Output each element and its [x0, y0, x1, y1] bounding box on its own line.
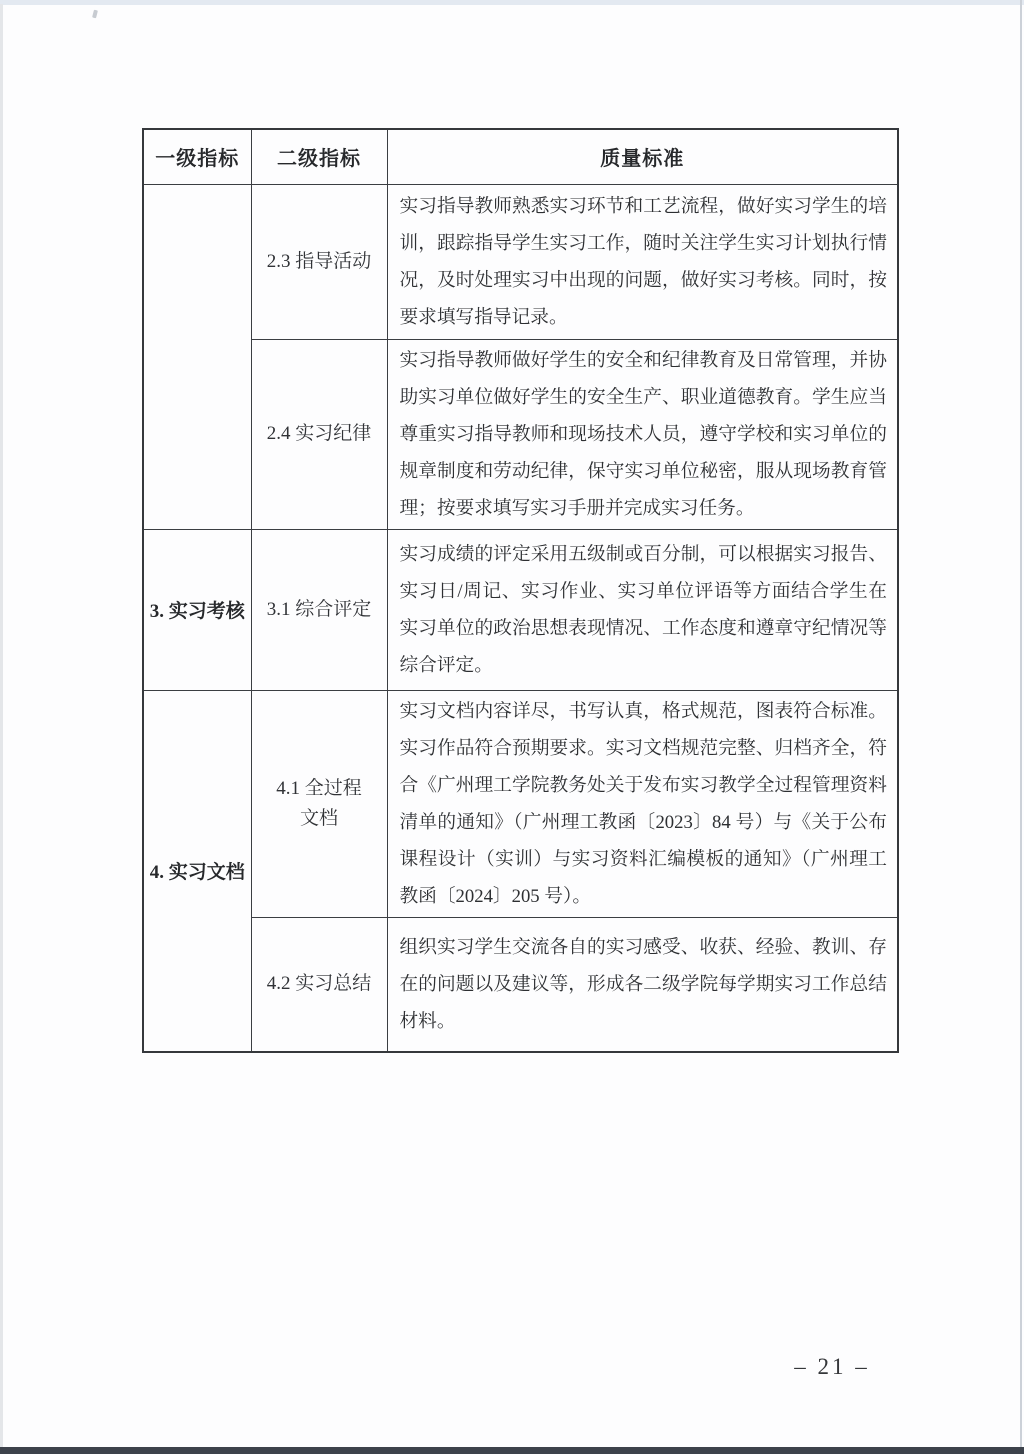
cell-standard-guidance-activity: 实习指导教师熟悉实习环节和工艺流程，做好实习学生的培训，跟踪指导学生实习工作，随…: [387, 184, 898, 339]
cell-level1-blank: [143, 184, 251, 529]
col-header-level1-indicator: 一级指标: [143, 129, 251, 184]
scan-speck: [92, 10, 98, 19]
table-header-row: 一级指标 二级指标 质量标准: [143, 129, 898, 184]
page-number: – 21 –: [780, 1354, 884, 1380]
cell-standard-internship-discipline: 实习指导教师做好学生的安全和纪律教育及日常管理，并协助实习单位做好学生的安全生产…: [387, 339, 898, 529]
cell-level2-internship-summary: 4.2 实习总结: [251, 917, 387, 1052]
cell-level2-whole-process-documents: 4.1 全过程 文档: [251, 690, 387, 917]
scan-artifact-left-edge: [0, 4, 3, 1447]
scan-artifact-bottom-edge: [0, 1447, 1024, 1454]
scan-artifact-top-edge: [0, 0, 1024, 5]
table-row: 4.2 实习总结 组织实习学生交流各自的实习感受、收获、经验、教训、存在的问题以…: [143, 917, 898, 1052]
table-row: 3. 实习考核 3.1 综合评定 实习成绩的评定采用五级制或百分制，可以根据实习…: [143, 529, 898, 690]
table-row: 4. 实习文档 4.1 全过程 文档 实习文档内容详尽，书写认真，格式规范，图表…: [143, 690, 898, 917]
table-row: 2.4 实习纪律 实习指导教师做好学生的安全和纪律教育及日常管理，并协助实习单位…: [143, 339, 898, 529]
cell-level2-internship-discipline: 2.4 实习纪律: [251, 339, 387, 529]
col-header-quality-standard: 质量标准: [387, 129, 898, 184]
scan-artifact-right-edge: [1020, 0, 1022, 1447]
quality-standards-table: 一级指标 二级指标 质量标准 2.3 指导活动 实习指导教师熟悉实习环节和工艺流…: [142, 128, 899, 1053]
cell-level2-comprehensive-evaluation: 3.1 综合评定: [251, 529, 387, 690]
cell-standard-comprehensive-evaluation: 实习成绩的评定采用五级制或百分制，可以根据实习报告、实习日/周记、实习作业、实习…: [387, 529, 898, 690]
cell-standard-whole-process-documents: 实习文档内容详尽，书写认真，格式规范，图表符合标准。实习作品符合预期要求。实习文…: [387, 690, 898, 917]
table-row: 2.3 指导活动 实习指导教师熟悉实习环节和工艺流程，做好实习学生的培训，跟踪指…: [143, 184, 898, 339]
cell-level1-internship-documents: 4. 实习文档: [143, 690, 251, 1052]
col-header-level2-indicator: 二级指标: [251, 129, 387, 184]
cell-level1-internship-assessment: 3. 实习考核: [143, 529, 251, 690]
cell-level2-guidance-activity: 2.3 指导活动: [251, 184, 387, 339]
cell-standard-internship-summary: 组织实习学生交流各自的实习感受、收获、经验、教训、存在的问题以及建议等，形成各二…: [387, 917, 898, 1052]
